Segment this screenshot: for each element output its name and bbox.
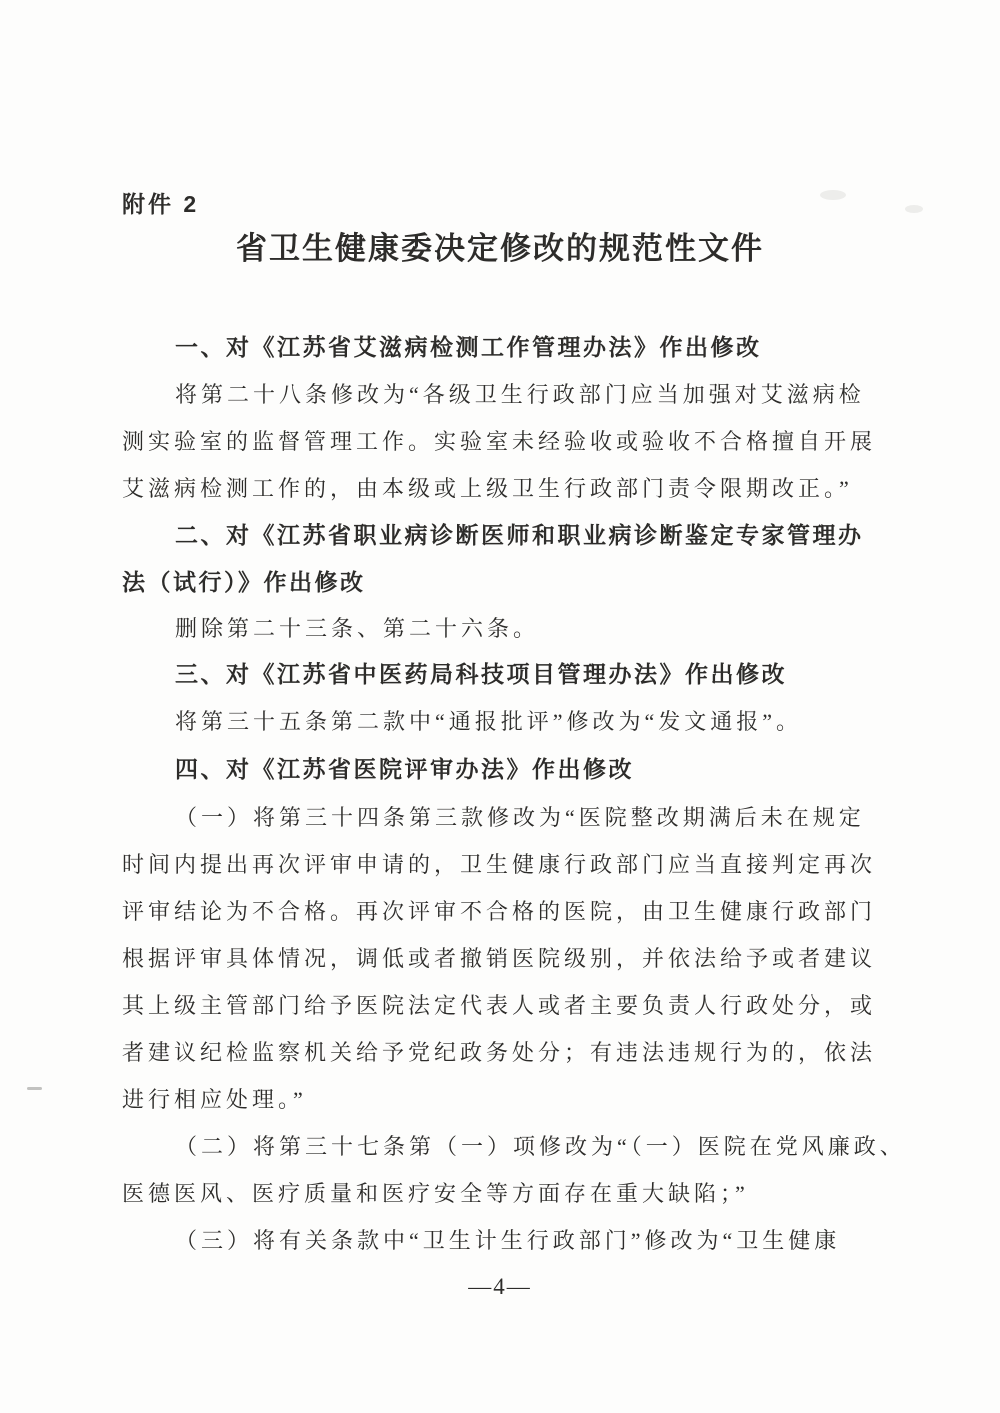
scan-artifact-smudge (905, 205, 923, 213)
scan-artifact-smudge (820, 190, 846, 200)
section-4-item-1-line: 根据评审具体情况，调低或者撤销医院级别，并依法给予或者建议 (122, 943, 902, 974)
section-1-paragraph-line: 艾滋病检测工作的，由本级或上级卫生行政部门责令限期改正。” (122, 473, 902, 504)
section-4-item-2-line: （二）将第三十七条第（一）项修改为“（一）医院在党风廉政、 (122, 1131, 902, 1162)
scan-artifact-dash (27, 1087, 42, 1090)
section-4-item-1-line: （一）将第三十四条第三款修改为“医院整改期满后未在规定 (122, 802, 902, 833)
scanned-document-page: 附件 2 省卫生健康委决定修改的规范性文件 一、对《江苏省艾滋病检测工作管理办法… (0, 0, 1000, 1413)
section-4-item-1-line: 时间内提出再次评审申请的，卫生健康行政部门应当直接判定再次 (122, 849, 902, 880)
section-3-paragraph-line: 将第三十五条第二款中“通报批评”修改为“发文通报”。 (122, 706, 902, 737)
section-3-heading: 三、对《江苏省中医药局科技项目管理办法》作出修改 (122, 659, 902, 690)
page-number: —4— (0, 1271, 1000, 1302)
document-title: 省卫生健康委决定修改的规范性文件 (0, 229, 1000, 269)
attachment-label: 附件 2 (122, 189, 902, 220)
section-2-heading-continuation: 法（试行）》作出修改 (122, 567, 902, 598)
section-1-heading: 一、对《江苏省艾滋病检测工作管理办法》作出修改 (122, 332, 902, 363)
section-4-item-3-line: （三）将有关条款中“卫生计生行政部门”修改为“卫生健康 (122, 1225, 902, 1256)
section-4-item-1-line: 其上级主管部门给予医院法定代表人或者主要负责人行政处分，或 (122, 990, 902, 1021)
section-2-heading: 二、对《江苏省职业病诊断医师和职业病诊断鉴定专家管理办 (122, 520, 902, 551)
section-2-paragraph-line: 删除第二十三条、第二十六条。 (122, 613, 902, 644)
section-4-item-1-line: 进行相应处理。” (122, 1084, 902, 1115)
section-4-item-1-line: 评审结论为不合格。再次评审不合格的医院，由卫生健康行政部门 (122, 896, 902, 927)
section-1-paragraph-line: 测实验室的监督管理工作。实验室未经验收或验收不合格擅自开展 (122, 426, 902, 457)
section-4-item-1-line: 者建议纪检监察机关给予党纪政务处分；有违法违规行为的，依法 (122, 1037, 902, 1068)
section-4-item-2-line: 医德医风、医疗质量和医疗安全等方面存在重大缺陷；” (122, 1178, 902, 1209)
section-1-paragraph-line: 将第二十八条修改为“各级卫生行政部门应当加强对艾滋病检 (122, 379, 902, 410)
section-4-heading: 四、对《江苏省医院评审办法》作出修改 (122, 754, 902, 785)
